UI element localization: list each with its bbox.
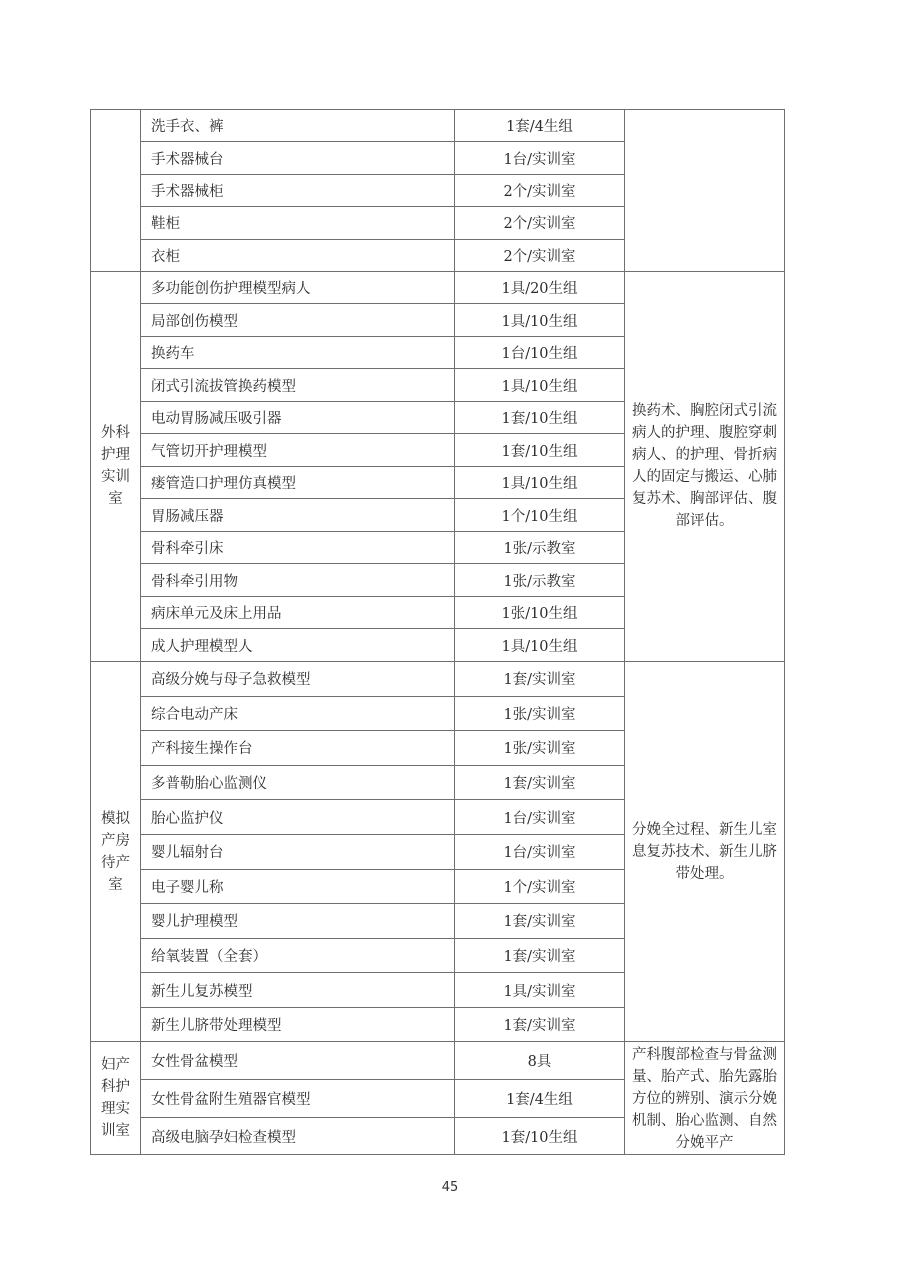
- equipment-name-cell: 气管切开护理模型: [141, 434, 455, 467]
- equipment-quantity-cell: 1张/实训室: [455, 731, 625, 766]
- equipment-name-cell: 高级电脑孕妇检查模型: [141, 1117, 455, 1155]
- equipment-name-cell: 新生儿脐带处理模型: [141, 1007, 455, 1042]
- equipment-quantity-cell: 1个/10生组: [455, 499, 625, 532]
- equipment-name-cell: 手术器械台: [141, 142, 455, 174]
- training-content-cell: [625, 110, 785, 272]
- table-row: 外科护理实训室多功能创伤护理模型病人1具/20生组换药术、胸腔闭式引流病人的护理…: [91, 271, 785, 304]
- equipment-name-cell: 胎心监护仪: [141, 800, 455, 835]
- equipment-quantity-cell: 1台/实训室: [455, 834, 625, 869]
- equipment-quantity-cell: 2个/实训室: [455, 207, 625, 239]
- equipment-quantity-cell: 2个/实训室: [455, 239, 625, 271]
- equipment-quantity-cell: 1台/实训室: [455, 142, 625, 174]
- equipment-quantity-cell: 8具: [455, 1042, 625, 1080]
- equipment-name-cell: 鞋柜: [141, 207, 455, 239]
- equipment-name-cell: 电子婴儿称: [141, 869, 455, 904]
- equipment-quantity-cell: 1张/示教室: [455, 531, 625, 564]
- equipment-name-cell: 洗手衣、裤: [141, 110, 455, 142]
- equipment-quantity-cell: 1套/10生组: [455, 1117, 625, 1155]
- equipment-name-cell: 综合电动产床: [141, 696, 455, 731]
- equipment-quantity-cell: 1套/4生组: [455, 110, 625, 142]
- equipment-name-cell: 瘘管造口护理仿真模型: [141, 466, 455, 499]
- table-row: 洗手衣、裤1套/4生组: [91, 110, 785, 142]
- table-row: 模拟产房待产室高级分娩与母子急救模型1套/实训室分娩全过程、新生儿室息复苏技术、…: [91, 661, 785, 696]
- equipment-name-cell: 成人护理模型人: [141, 629, 455, 662]
- equipment-name-cell: 多普勒胎心监测仪: [141, 765, 455, 800]
- equipment-name-cell: 衣柜: [141, 239, 455, 271]
- room-category-cell: 模拟产房待产室: [91, 661, 141, 1042]
- equipment-quantity-cell: 1套/实训室: [455, 1007, 625, 1042]
- equipment-table-body: 洗手衣、裤1套/4生组手术器械台1台/实训室手术器械柜2个/实训室鞋柜2个/实训…: [91, 110, 785, 1155]
- training-content-cell: 换药术、胸腔闭式引流病人的护理、腹腔穿刺病人、的护理、骨折病人的固定与搬运、心肺…: [625, 271, 785, 661]
- equipment-name-cell: 新生儿复苏模型: [141, 973, 455, 1008]
- equipment-name-cell: 高级分娩与母子急救模型: [141, 661, 455, 696]
- room-category-cell: [91, 110, 141, 272]
- equipment-quantity-cell: 1套/实训室: [455, 765, 625, 800]
- equipment-quantity-cell: 1张/10生组: [455, 596, 625, 629]
- equipment-name-cell: 给氧装置（全套）: [141, 938, 455, 973]
- equipment-quantity-cell: 1个/实训室: [455, 869, 625, 904]
- equipment-name-cell: 电动胃肠减压吸引器: [141, 401, 455, 434]
- equipment-quantity-cell: 1套/实训室: [455, 904, 625, 939]
- equipment-quantity-cell: 1台/10生组: [455, 336, 625, 369]
- equipment-name-cell: 骨科牵引用物: [141, 564, 455, 597]
- training-content-cell: 产科腹部检查与骨盆测量、胎产式、胎先露胎方位的辨别、演示分娩机制、胎心监测、自然…: [625, 1042, 785, 1155]
- equipment-quantity-cell: 1套/10生组: [455, 401, 625, 434]
- equipment-quantity-cell: 1套/10生组: [455, 434, 625, 467]
- room-category-cell: 外科护理实训室: [91, 271, 141, 661]
- equipment-name-cell: 女性骨盆附生殖器官模型: [141, 1080, 455, 1118]
- equipment-name-cell: 换药车: [141, 336, 455, 369]
- equipment-table: 洗手衣、裤1套/4生组手术器械台1台/实训室手术器械柜2个/实训室鞋柜2个/实训…: [90, 109, 785, 1155]
- equipment-name-cell: 多功能创伤护理模型病人: [141, 271, 455, 304]
- equipment-quantity-cell: 1台/实训室: [455, 800, 625, 835]
- equipment-quantity-cell: 1具/实训室: [455, 973, 625, 1008]
- equipment-name-cell: 婴儿护理模型: [141, 904, 455, 939]
- equipment-name-cell: 局部创伤模型: [141, 304, 455, 337]
- equipment-quantity-cell: 1套/实训室: [455, 938, 625, 973]
- equipment-quantity-cell: 1套/4生组: [455, 1080, 625, 1118]
- equipment-quantity-cell: 1具/10生组: [455, 304, 625, 337]
- equipment-name-cell: 产科接生操作台: [141, 731, 455, 766]
- equipment-quantity-cell: 1具/10生组: [455, 629, 625, 662]
- room-category-cell: 妇产科护理实训室: [91, 1042, 141, 1155]
- page-number: 45: [0, 1180, 900, 1195]
- equipment-name-cell: 婴儿辐射台: [141, 834, 455, 869]
- equipment-name-cell: 闭式引流拔管换药模型: [141, 369, 455, 402]
- equipment-quantity-cell: 1具/10生组: [455, 369, 625, 402]
- equipment-name-cell: 女性骨盆模型: [141, 1042, 455, 1080]
- equipment-quantity-cell: 1具/10生组: [455, 466, 625, 499]
- training-content-cell: 分娩全过程、新生儿室息复苏技术、新生儿脐带处理。: [625, 661, 785, 1042]
- equipment-quantity-cell: 1具/20生组: [455, 271, 625, 304]
- equipment-name-cell: 胃肠减压器: [141, 499, 455, 532]
- equipment-name-cell: 骨科牵引床: [141, 531, 455, 564]
- equipment-quantity-cell: 1套/实训室: [455, 661, 625, 696]
- equipment-name-cell: 病床单元及床上用品: [141, 596, 455, 629]
- equipment-quantity-cell: 1张/示教室: [455, 564, 625, 597]
- equipment-quantity-cell: 1张/实训室: [455, 696, 625, 731]
- equipment-quantity-cell: 2个/实训室: [455, 174, 625, 206]
- table-row: 妇产科护理实训室女性骨盆模型8具产科腹部检查与骨盆测量、胎产式、胎先露胎方位的辨…: [91, 1042, 785, 1080]
- equipment-name-cell: 手术器械柜: [141, 174, 455, 206]
